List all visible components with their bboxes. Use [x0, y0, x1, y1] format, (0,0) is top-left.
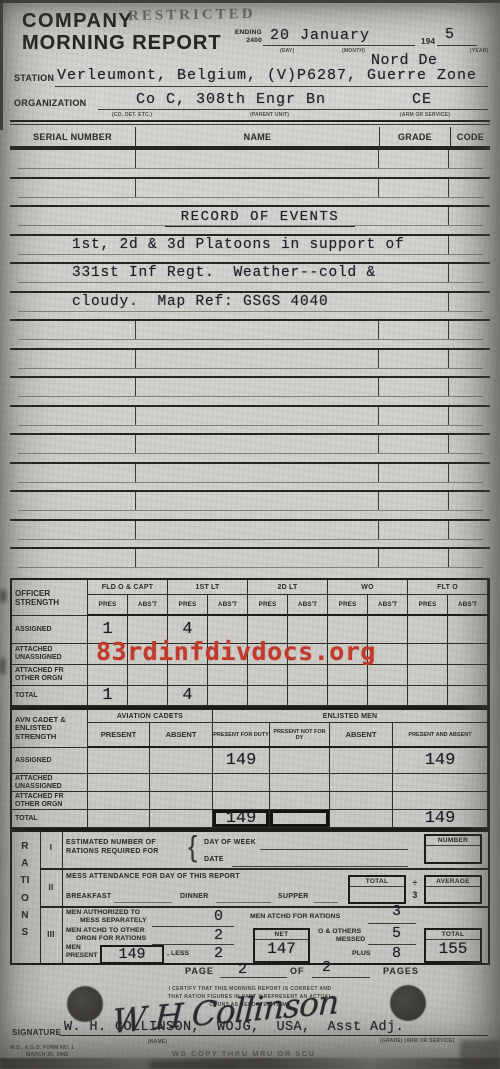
- enlisted-cell-empty: [88, 774, 150, 792]
- enlisted-strength-table: AVN CADET & ENLISTED STRENGTH AVIATION C…: [10, 708, 490, 830]
- abst-header: ABS'T: [448, 595, 488, 616]
- ruled-row: [10, 319, 490, 348]
- officer-cell-empty: [408, 686, 448, 706]
- station-label: STATION: [14, 73, 54, 83]
- abst-header: ABS'T: [208, 595, 248, 616]
- officer-total-1stlt-pres: 4: [168, 686, 208, 706]
- enlisted-cell-empty: [150, 792, 213, 810]
- event-text-row: cloudy. Map Ref: GSGS 4040: [10, 291, 490, 320]
- scan-smudge: [0, 658, 5, 674]
- men-present-label-1: MEN: [66, 944, 97, 952]
- year-underline: [437, 45, 477, 46]
- date-underline: [263, 45, 415, 46]
- men-authorized-value: 0: [214, 908, 223, 925]
- roster-header: SERIAL NUMBER NAME GRADE CODE: [10, 127, 490, 148]
- officer-total-fldo-pres: 1: [88, 686, 128, 706]
- men-atchd-other-label-2: ORGN FOR RATIONS: [66, 935, 146, 943]
- enlisted-assigned-present-for-duty: 149: [213, 748, 270, 774]
- enlisted-assigned-present-and-absent: 149: [393, 748, 488, 774]
- scan-edge-top: [0, 0, 500, 3]
- grade-arm-label: (GRADE) (ARM OR SERVICE): [380, 1038, 454, 1044]
- col-code: CODE: [451, 127, 490, 146]
- enlisted-total-present-not-for-duty: [270, 810, 330, 828]
- scan-smudge: [0, 590, 6, 602]
- year-typed: 5: [445, 26, 454, 43]
- divide-by-three: ÷ 3: [408, 877, 422, 901]
- average-box-label: AVERAGE: [426, 877, 480, 887]
- officer-cell-empty: [368, 665, 408, 686]
- signature-label: SIGNATURE: [12, 1028, 61, 1037]
- present-for-duty-header: PRESENT FOR DUTY: [213, 723, 270, 748]
- officer-cell-empty: [448, 665, 488, 686]
- ruled-row: [10, 519, 490, 548]
- pages-label: PAGES: [383, 966, 419, 976]
- officer-cell-empty: [288, 686, 328, 706]
- officer-group-1stlt: 1ST LT: [168, 580, 248, 595]
- enlisted-total-present-for-duty: 149: [213, 810, 270, 828]
- men-atchd-for-rations-label: MEN ATCHD FOR RATIONS: [250, 913, 340, 921]
- ending-2400-label: ENDING 2400: [224, 29, 262, 45]
- divide-symbol: ÷: [408, 877, 422, 889]
- ruled-row: [10, 547, 490, 576]
- men-authorized-label-1: MEN AUTHORIZED TO: [66, 909, 147, 917]
- enlisted-cell-empty: [88, 748, 150, 774]
- organization-typed: Co C, 308th Engr Bn: [136, 91, 326, 108]
- officer-cell-empty: [288, 665, 328, 686]
- en-absent-header: ABSENT: [330, 723, 393, 748]
- row-total-label: TOTAL: [12, 810, 88, 828]
- col-serial-number: SERIAL NUMBER: [10, 127, 136, 146]
- day-of-week-line: [260, 849, 408, 850]
- enlisted-cell-empty: [270, 792, 330, 810]
- plus-value: 8: [392, 945, 401, 962]
- abst-header: ABS'T: [368, 595, 408, 616]
- officer-cell-empty: [448, 616, 488, 644]
- record-of-events-title-row: RECORD OF EVENTS: [10, 205, 490, 234]
- officer-cell-empty: [448, 644, 488, 665]
- net-box: NET 147: [253, 928, 310, 963]
- year-printed: 194: [421, 37, 435, 46]
- brace-glyph: {: [188, 830, 197, 864]
- year-label: (YEAR): [470, 48, 488, 54]
- enlisted-cell-empty: [213, 774, 270, 792]
- enlisted-cell-empty: [150, 810, 213, 828]
- station-underline: [55, 86, 488, 87]
- ruled-row: [10, 490, 490, 519]
- rations-total-label: TOTAL: [426, 930, 480, 940]
- estimated-rations-label-2: RATIONS REQUIRED FOR: [66, 847, 159, 856]
- pres-header: PRES: [168, 595, 208, 616]
- morning-report-scan: COMPANY MORNING REPORT RESTRICTED ENDING…: [0, 0, 500, 1069]
- breakfast-line: [114, 902, 172, 903]
- enlisted-cell-empty: [393, 774, 488, 792]
- enlisted-cell-empty: [88, 810, 150, 828]
- men-atchd-for-rations-value: 3: [392, 903, 401, 920]
- others-messed-label: O & OTHERS MESSED: [318, 928, 365, 944]
- enlisted-cell-empty: [270, 774, 330, 792]
- men-atchd-for-rations-line: [368, 923, 416, 924]
- enlisted-cell-empty: [270, 748, 330, 774]
- average-box: AVERAGE: [424, 875, 482, 904]
- ruled-row: [10, 376, 490, 405]
- rations-numeral-iii: III: [40, 930, 62, 939]
- watermark-text: 83rdinfdivdocs.org: [96, 637, 376, 666]
- officer-group-flto: FLT O: [408, 580, 488, 595]
- row-assigned-label: ASSIGNED: [12, 748, 88, 774]
- ruled-row: [10, 148, 490, 177]
- number-box-label: NUMBER: [426, 836, 480, 846]
- enlisted-cell-empty: [393, 792, 488, 810]
- enlisted-cell-empty: [330, 810, 393, 828]
- form-title-line1: COMPANY: [22, 10, 133, 33]
- rations-numeral-i: I: [40, 843, 62, 852]
- officer-strength-title: OFFICER STRENGTH: [12, 580, 88, 616]
- day-of-week-label: DAY OF WEEK: [204, 839, 256, 846]
- form-title-line2: MORNING REPORT: [22, 32, 222, 55]
- officer-cell-empty: [248, 665, 288, 686]
- officer-cell-empty: [168, 665, 208, 686]
- pages-total-value: 2: [322, 959, 331, 976]
- others-messed-value: 5: [392, 925, 401, 942]
- present-not-for-duty-header: PRESENT NOT FOR DY: [270, 723, 330, 748]
- present-and-absent-header: PRESENT AND ABSENT: [393, 723, 488, 748]
- name-label: (NAME): [148, 1039, 167, 1045]
- officer-cell-empty: [88, 665, 128, 686]
- enlisted-cell-empty: [213, 792, 270, 810]
- rations-row-divider: [40, 906, 490, 908]
- rations-row-divider: [40, 868, 490, 870]
- abst-header: ABS'T: [288, 595, 328, 616]
- day-label: (DAY): [280, 48, 294, 54]
- estimated-rations-label-1: ESTIMATED NUMBER OF: [66, 838, 159, 847]
- row-total-label: TOTAL: [12, 686, 88, 706]
- row-assigned-label: ASSIGNED: [12, 616, 88, 644]
- organization-underline: [98, 109, 488, 110]
- officer-group-fldo: FLD O & CAPT: [88, 580, 168, 595]
- officer-cell-empty: [328, 686, 368, 706]
- rations-total-value: 155: [426, 940, 480, 958]
- officer-cell-empty: [208, 686, 248, 706]
- enlisted-cell-empty: [330, 774, 393, 792]
- divide-three: 3: [408, 889, 422, 901]
- less-label: , LESS: [167, 950, 189, 958]
- mess-total-label: TOTAL: [350, 877, 404, 887]
- ending-label: ENDING: [224, 29, 262, 37]
- event-line-2: 331st Inf Regt. Weather--cold &: [72, 265, 376, 281]
- net-box-value: 147: [255, 940, 308, 958]
- men-present-value: 149: [118, 946, 145, 963]
- ruled-row: [10, 433, 490, 462]
- org-detail-label: (CO. DET. ETC.): [112, 112, 152, 118]
- col-grade: GRADE: [380, 127, 451, 146]
- plus-label: PLUS: [352, 950, 371, 958]
- rations-divider: [62, 830, 63, 965]
- roster-rows: RECORD OF EVENTS 1st, 2d & 3d Platoons i…: [10, 148, 490, 576]
- enlisted-total-present-and-absent: 149: [393, 810, 488, 828]
- enlisted-cell-empty: [88, 792, 150, 810]
- event-text-row: 331st Inf Regt. Weather--cold &: [10, 262, 490, 291]
- rations-total-box: TOTAL 155: [424, 928, 482, 963]
- ending-time: 2400: [224, 37, 262, 45]
- officer-cell-empty: [448, 686, 488, 706]
- record-of-events-title: RECORD OF EVENTS: [165, 209, 355, 227]
- officer-cell-empty: [368, 686, 408, 706]
- header-rule-thick: [10, 120, 490, 122]
- enlisted-men-group: ENLISTED MEN: [213, 710, 488, 723]
- scan-edge-left: [0, 0, 3, 130]
- supper-line: [314, 902, 338, 903]
- event-line-3: cloudy. Map Ref: GSGS 4040: [72, 294, 329, 310]
- page-line-1: [220, 977, 287, 978]
- men-atchd-other-label: MEN ATCHD TO OTHER ORGN FOR RATIONS: [66, 927, 146, 943]
- ruled-row: [10, 177, 490, 206]
- row-attached-unassigned-label: ATTACHED UNASSIGNED: [12, 774, 88, 792]
- less-value: 2: [214, 945, 223, 962]
- report-date-typed: 20 January: [270, 27, 370, 44]
- date-field-label: DATE: [204, 856, 224, 863]
- men-present-box: 149: [100, 945, 164, 964]
- net-box-label: NET: [255, 930, 308, 940]
- form-number: W.D., A.G.O. FORM NO. 1: [10, 1045, 74, 1051]
- men-atchd-other-label-1: MEN ATCHD TO OTHER: [66, 927, 146, 935]
- rations-side-label: RATIONS: [10, 838, 40, 941]
- dinner-line: [216, 902, 271, 903]
- dinner-label: DINNER: [180, 893, 209, 900]
- enlisted-cell-empty: [150, 774, 213, 792]
- page-line-2: [312, 977, 370, 978]
- abst-header: ABS'T: [128, 595, 168, 616]
- aviation-cadets-group: AVIATION CADETS: [88, 710, 213, 723]
- officer-cell-empty: [408, 616, 448, 644]
- pres-header: PRES: [408, 595, 448, 616]
- station-typed: Verleumont, Belgium, (V)P6287, Guerre Zo…: [57, 67, 477, 84]
- row-attached-unassigned-label: ATTACHED UNASSIGNED: [12, 644, 88, 665]
- enlisted-strength-title: AVN CADET & ENLISTED STRENGTH: [12, 710, 88, 748]
- officer-group-wo: WO: [328, 580, 408, 595]
- men-present-label: MEN PRESENT: [66, 944, 97, 960]
- officer-cell-empty: [408, 665, 448, 686]
- supper-label: SUPPER: [278, 893, 309, 900]
- scan-smudge: [460, 1040, 500, 1069]
- others-messed-label-2: MESSED: [318, 936, 365, 944]
- ruled-row: [10, 405, 490, 434]
- of-label: OF: [290, 966, 305, 976]
- number-box: NUMBER: [424, 834, 482, 864]
- enlisted-cell-empty: [150, 748, 213, 774]
- enlisted-cell-empty: [330, 792, 393, 810]
- event-text-row: 1st, 2d & 3d Platoons in support of: [10, 234, 490, 263]
- men-authorized-label: MEN AUTHORIZED TO MESS SEPARATELY: [66, 909, 147, 925]
- av-present-header: PRESENT: [88, 723, 150, 748]
- pres-header: PRES: [248, 595, 288, 616]
- ruled-row: [10, 462, 490, 491]
- men-authorized-label-2: MESS SEPARATELY: [66, 917, 147, 925]
- pres-header: PRES: [328, 595, 368, 616]
- officer-cell-empty: [128, 665, 168, 686]
- col-name: NAME: [136, 127, 380, 146]
- page-label: PAGE: [185, 966, 214, 976]
- estimated-rations-label: ESTIMATED NUMBER OF RATIONS REQUIRED FOR: [66, 838, 159, 856]
- officer-cell-empty: [408, 644, 448, 665]
- arm-service-typed: CE: [412, 91, 432, 108]
- av-absent-header: ABSENT: [150, 723, 213, 748]
- men-present-label-2: PRESENT: [66, 952, 97, 960]
- officer-cell-empty: [248, 686, 288, 706]
- wd-copy-note: WD COPY THRU MRU OR SCU: [172, 1049, 316, 1058]
- month-label: (MONTH): [342, 48, 365, 54]
- page-number-value: 2: [238, 961, 247, 978]
- restricted-stamp: RESTRICTED: [128, 6, 256, 25]
- rations-numeral-ii: II: [40, 883, 62, 892]
- scan-edge-bottom: [0, 1058, 500, 1069]
- enlisted-cell-empty: [330, 748, 393, 774]
- officer-cell-empty: [328, 665, 368, 686]
- event-line-1: 1st, 2d & 3d Platoons in support of: [72, 237, 405, 253]
- date-field-line: [232, 866, 408, 867]
- form-date: MARCH 25, 1942: [26, 1052, 68, 1058]
- officer-cell-empty: [208, 665, 248, 686]
- scan-smudge: [150, 1061, 240, 1069]
- mess-total-box: TOTAL: [348, 875, 406, 904]
- others-messed-label-1: O & OTHERS: [318, 928, 365, 936]
- header-rule-thin: [10, 124, 490, 125]
- men-atchd-other-value: 2: [214, 927, 223, 944]
- arm-service-label: (ARM OR SERVICE): [400, 112, 450, 118]
- ruled-row: [10, 348, 490, 377]
- row-attached-other-label: ATTACHED FR OTHER ORGN: [12, 792, 88, 810]
- breakfast-label: BREAKFAST: [66, 893, 111, 900]
- pres-header: PRES: [88, 595, 128, 616]
- mess-attendance-label: MESS ATTENDANCE FOR DAY OF THIS REPORT: [66, 873, 240, 880]
- punch-hole-left: [67, 986, 103, 1022]
- parent-unit-label: (PARENT UNIT): [250, 112, 289, 118]
- punch-hole-right: [390, 985, 426, 1021]
- officer-cell-empty: [128, 686, 168, 706]
- organization-label: ORGANIZATION: [14, 98, 86, 108]
- officer-group-2dlt: 2D LT: [248, 580, 328, 595]
- row-attached-other-label: ATTACHED FR OTHER ORGN: [12, 665, 88, 686]
